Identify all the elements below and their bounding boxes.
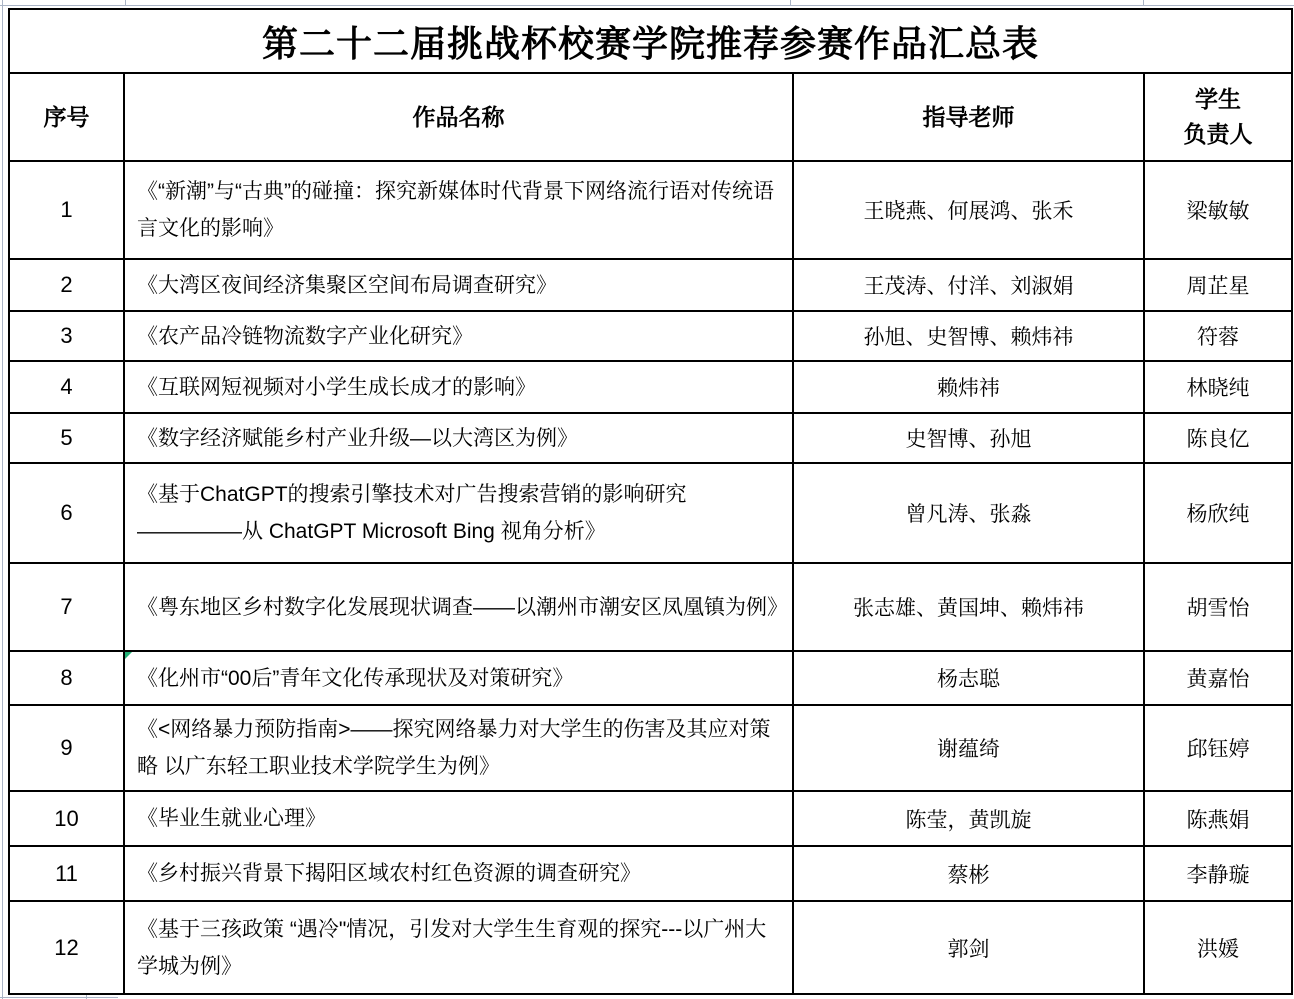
- row-number-cell[interactable]: 7: [9, 563, 124, 651]
- table-row: 1 《“新潮”与“古典”的碰撞：探究新媒体时代背景下网络流行语对传统语言文化的影…: [9, 161, 1292, 259]
- student-leader-cell[interactable]: 陈燕娟: [1144, 791, 1292, 846]
- spreadsheet-gridline: [2, 0, 3, 999]
- header-work[interactable]: 作品名称: [124, 73, 793, 161]
- row-number-cell[interactable]: 10: [9, 791, 124, 846]
- spreadsheet-gridline: [1143, 0, 1144, 6]
- spreadsheet-gridline: [125, 0, 126, 6]
- student-leader-cell[interactable]: 周芷星: [1144, 259, 1292, 311]
- advisors-cell[interactable]: 曾凡涛、张淼: [793, 463, 1144, 563]
- advisors-cell[interactable]: 谢蕴绮: [793, 705, 1144, 791]
- row-number-cell[interactable]: 5: [9, 413, 124, 463]
- work-title-cell[interactable]: 《<网络暴力预防指南>——探究网络暴力对大学生的伤害及其应对策略 以广东轻工职业…: [124, 705, 793, 791]
- spreadsheet-gridline: [790, 0, 791, 6]
- work-title-cell[interactable]: 《互联网短视频对小学生成长成才的影响》: [124, 361, 793, 413]
- row-number-cell[interactable]: 4: [9, 361, 124, 413]
- advisors-cell[interactable]: 杨志聪: [793, 651, 1144, 705]
- student-leader-cell[interactable]: 符蓉: [1144, 311, 1292, 361]
- work-title-cell[interactable]: 《基于三孩政策 “遇冷"情况，引发对大学生生育观的探究---以广州大学城为例》: [124, 901, 793, 994]
- work-title-cell[interactable]: 《农产品冷链物流数字产业化研究》: [124, 311, 793, 361]
- row-number-cell[interactable]: 8: [9, 651, 124, 705]
- header-index[interactable]: 序号: [9, 73, 124, 161]
- student-leader-cell[interactable]: 陈良亿: [1144, 413, 1292, 463]
- page-title[interactable]: 第二十二届挑战杯校赛学院推荐参赛作品汇总表: [9, 9, 1292, 73]
- student-leader-cell[interactable]: 胡雪怡: [1144, 563, 1292, 651]
- table-row: 2 《大湾区夜间经济集聚区空间布局调查研究》 王茂涛、付洋、刘淑娟 周芷星: [9, 259, 1292, 311]
- student-leader-cell[interactable]: 李静璇: [1144, 846, 1292, 901]
- student-leader-cell[interactable]: 洪媛: [1144, 901, 1292, 994]
- work-title-cell[interactable]: 《粤东地区乡村数字化发展现状调查——以潮州市潮安区凤凰镇为例》: [124, 563, 793, 651]
- advisors-cell[interactable]: 王晓燕、何展鸿、张禾: [793, 161, 1144, 259]
- row-number-cell[interactable]: 1: [9, 161, 124, 259]
- work-title-cell[interactable]: 《数字经济赋能乡村产业升级—以大湾区为例》: [124, 413, 793, 463]
- advisors-cell[interactable]: 史智博、孙旭: [793, 413, 1144, 463]
- work-title-cell[interactable]: 《毕业生就业心理》: [124, 791, 793, 846]
- work-title-cell[interactable]: 《化州市“00后”青年文化传承现状及对策研究》: [124, 651, 793, 705]
- advisors-cell[interactable]: 张志雄、黄国坤、赖炜祎: [793, 563, 1144, 651]
- student-leader-cell[interactable]: 林晓纯: [1144, 361, 1292, 413]
- header-advisors[interactable]: 指导老师: [793, 73, 1144, 161]
- advisors-cell[interactable]: 蔡彬: [793, 846, 1144, 901]
- table-row: 10 《毕业生就业心理》 陈莹，黄凯旋 陈燕娟: [9, 791, 1292, 846]
- summary-table: 第二十二届挑战杯校赛学院推荐参赛作品汇总表 序号 作品名称 指导老师 学生 负责…: [8, 8, 1293, 995]
- table-row: 11 《乡村振兴背景下揭阳区域农村红色资源的调查研究》 蔡彬 李静璇: [9, 846, 1292, 901]
- row-number-cell[interactable]: 2: [9, 259, 124, 311]
- student-leader-cell[interactable]: 杨欣纯: [1144, 463, 1292, 563]
- table-row: 3 《农产品冷链物流数字产业化研究》 孙旭、史智博、赖炜祎 符蓉: [9, 311, 1292, 361]
- student-leader-cell[interactable]: 黄嘉怡: [1144, 651, 1292, 705]
- row-number-cell[interactable]: 12: [9, 901, 124, 994]
- row-number-cell[interactable]: 6: [9, 463, 124, 563]
- table-row: 4 《互联网短视频对小学生成长成才的影响》 赖炜祎 林晓纯: [9, 361, 1292, 413]
- work-title-cell[interactable]: 《大湾区夜间经济集聚区空间布局调查研究》: [124, 259, 793, 311]
- table-row: 12 《基于三孩政策 “遇冷"情况，引发对大学生生育观的探究---以广州大学城为…: [9, 901, 1292, 994]
- advisors-cell[interactable]: 孙旭、史智博、赖炜祎: [793, 311, 1144, 361]
- title-row: 第二十二届挑战杯校赛学院推荐参赛作品汇总表: [9, 9, 1292, 73]
- row-number-cell[interactable]: 9: [9, 705, 124, 791]
- spreadsheet-gridline: [0, 5, 1294, 6]
- work-title-cell[interactable]: 《基于ChatGPT的搜索引擎技术对广告搜索营销的影响研究 —————从 Cha…: [124, 463, 793, 563]
- table-row: 7 《粤东地区乡村数字化发展现状调查——以潮州市潮安区凤凰镇为例》 张志雄、黄国…: [9, 563, 1292, 651]
- row-number-cell[interactable]: 11: [9, 846, 124, 901]
- student-leader-cell[interactable]: 梁敏敏: [1144, 161, 1292, 259]
- header-student[interactable]: 学生 负责人: [1144, 73, 1292, 161]
- advisors-cell[interactable]: 赖炜祎: [793, 361, 1144, 413]
- student-leader-cell[interactable]: 邱钰婷: [1144, 705, 1292, 791]
- table-row: 9 《<网络暴力预防指南>——探究网络暴力对大学生的伤害及其应对策略 以广东轻工…: [9, 705, 1292, 791]
- advisors-cell[interactable]: 郭剑: [793, 901, 1144, 994]
- work-title-cell[interactable]: 《乡村振兴背景下揭阳区域农村红色资源的调查研究》: [124, 846, 793, 901]
- work-title-cell[interactable]: 《“新潮”与“古典”的碰撞：探究新媒体时代背景下网络流行语对传统语言文化的影响》: [124, 161, 793, 259]
- table-row: 6 《基于ChatGPT的搜索引擎技术对广告搜索营销的影响研究 —————从 C…: [9, 463, 1292, 563]
- row-number-cell[interactable]: 3: [9, 311, 124, 361]
- table-row: 8 《化州市“00后”青年文化传承现状及对策研究》 杨志聪 黄嘉怡: [9, 651, 1292, 705]
- table-row: 5 《数字经济赋能乡村产业升级—以大湾区为例》 史智博、孙旭 陈良亿: [9, 413, 1292, 463]
- advisors-cell[interactable]: 陈莹，黄凯旋: [793, 791, 1144, 846]
- spreadsheet-gridline: [0, 997, 118, 998]
- header-row: 序号 作品名称 指导老师 学生 负责人: [9, 73, 1292, 161]
- advisors-cell[interactable]: 王茂涛、付洋、刘淑娟: [793, 259, 1144, 311]
